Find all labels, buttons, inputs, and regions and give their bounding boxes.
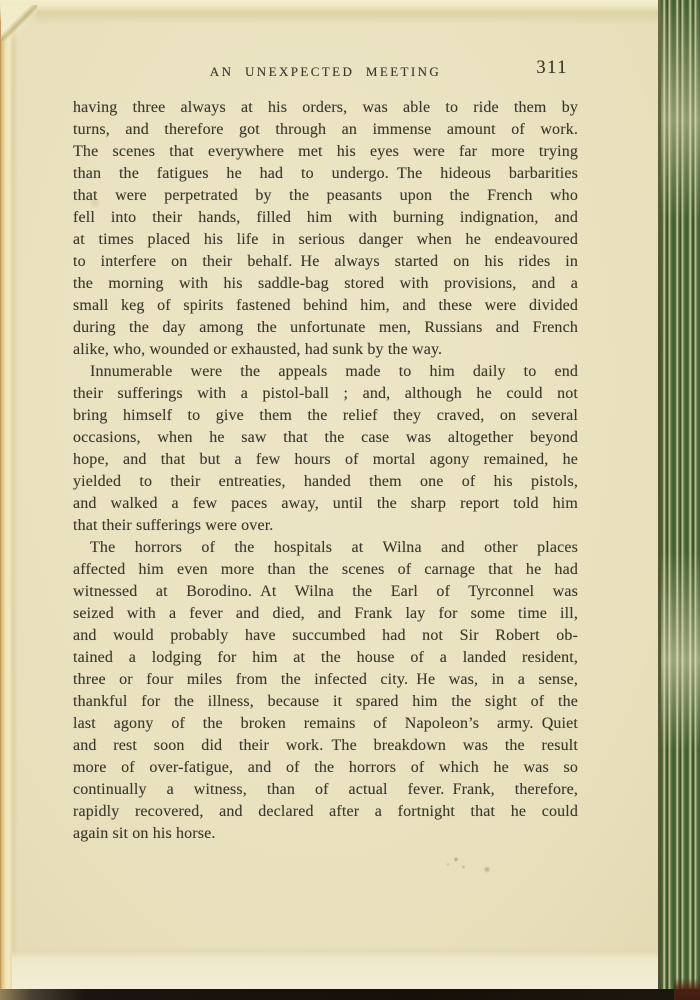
text-line: fell into their hands, filled him with b…	[73, 207, 578, 229]
text-line: at times placed his life in serious dang…	[73, 229, 578, 251]
text-line: more of over-fatigue, and of the horrors…	[73, 757, 578, 779]
text-line: bring himself to give them the relief th…	[73, 405, 578, 427]
text-line: tained a lodging for him at the house of…	[73, 647, 578, 669]
page-gutter-edge	[0, 0, 18, 1000]
text-line: Innumerable were the appeals made to him…	[73, 361, 578, 383]
text-line: to interfere on their behalf. He always …	[73, 251, 578, 273]
text-line: than the fatigues he had to undergo. The…	[73, 163, 578, 185]
foxing-spot	[446, 863, 450, 866]
text-line: rapidly recovered, and declared after a …	[73, 801, 578, 823]
text-line: having three always at his orders, was a…	[73, 97, 578, 119]
page-top-left-corner	[1, 5, 37, 41]
text-line: yielded to their entreaties, handed them…	[73, 471, 578, 493]
text-line: hope, and that but a few hours of mortal…	[73, 449, 578, 471]
text-line: witnessed at Borodino. At Wilna the Earl…	[73, 581, 578, 603]
paper-smudge	[88, 198, 102, 208]
page-bottom-edge	[12, 947, 658, 989]
running-header-title: AN UNEXPECTED MEETING	[73, 64, 578, 80]
text-line: alike, who, wounded or exhausted, had su…	[73, 339, 578, 361]
text-line: small keg of spirits fastened behind him…	[73, 295, 578, 317]
book-cover-corner	[674, 978, 700, 1000]
text-line: that their sufferings were over.	[73, 515, 578, 537]
text-line: thankful for the illness, because it spa…	[73, 691, 578, 713]
text-line: three or four miles from the infected ci…	[73, 669, 578, 691]
text-line: during the day among the unfortunate men…	[73, 317, 578, 339]
foxing-spot	[461, 865, 466, 869]
text-line: The horrors of the hospitals at Wilna an…	[73, 537, 578, 559]
running-header: AN UNEXPECTED MEETING 311	[73, 61, 578, 87]
book-bottom-shadow	[0, 989, 700, 1000]
page-top-edge	[0, 0, 700, 24]
page-number: 311	[536, 58, 568, 79]
text-line: occasions, when he saw that the case was…	[73, 427, 578, 449]
text-line: turns, and therefore got through an imme…	[73, 119, 578, 141]
page-text: having three always at his orders, was a…	[73, 97, 578, 845]
text-line: The scenes that everywhere met his eyes …	[73, 141, 578, 163]
foxing-spot	[483, 866, 491, 873]
text-line: last agony of the broken remains of Napo…	[73, 713, 578, 735]
text-line: continually a witness, than of actual fe…	[73, 779, 578, 801]
text-line: their sufferings with a pistol-ball ; an…	[73, 383, 578, 405]
text-line: and walked a few paces away, until the s…	[73, 493, 578, 515]
book-page-scan: AN UNEXPECTED MEETING 311 having three a…	[0, 0, 700, 1000]
text-line: seized with a fever and died, and Frank …	[73, 603, 578, 625]
text-line: again sit on his horse.	[73, 823, 578, 845]
foxing-spot	[453, 857, 459, 862]
book-fore-edge-pages	[661, 0, 700, 1000]
text-line: and rest soon did their work. The breakd…	[73, 735, 578, 757]
text-line: affected him even more than the scenes o…	[73, 559, 578, 581]
text-line: that were perpetrated by the peasants up…	[73, 185, 578, 207]
text-line: the morning with his saddle-bag stored w…	[73, 273, 578, 295]
text-line: and would probably have succumbed had no…	[73, 625, 578, 647]
